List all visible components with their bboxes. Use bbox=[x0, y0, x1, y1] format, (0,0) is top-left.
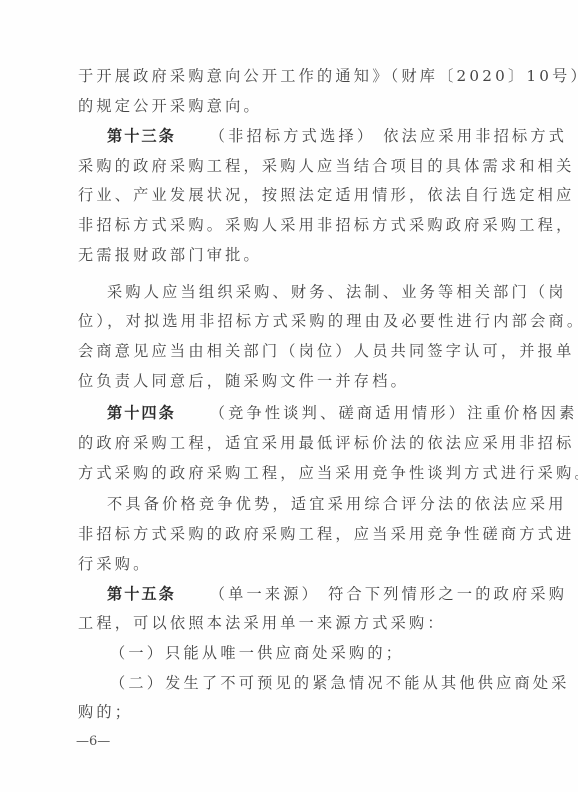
article-13-text: （非招标方式选择） 依法应采用非招标方式 bbox=[210, 127, 567, 145]
article-13-title: 第十三条 bbox=[107, 127, 176, 145]
paragraph-line: 位），对拟选用非招标方式采购的理由及必要性进行内部会商。 bbox=[78, 311, 518, 331]
list-item: （一）只能从唯一供应商处采购的； bbox=[110, 643, 550, 663]
page-number: —6— bbox=[76, 734, 110, 749]
paragraph-line: 方式采购的政府采购工程，应当采用竞争性谈判方式进行采购。 bbox=[78, 463, 518, 483]
paragraph-line: 于开展政府采购意向公开工作的通知》（财库〔2020〕10号） bbox=[78, 66, 518, 86]
document-page: 于开展政府采购意向公开工作的通知》（财库〔2020〕10号） 的规定公开采购意向… bbox=[0, 0, 578, 792]
paragraph-line: 非招标方式采购的政府采购工程，应当采用竞争性磋商方式进 bbox=[78, 524, 518, 544]
paragraph-line: 的规定公开采购意向。 bbox=[78, 96, 518, 116]
paragraph-line: 行采购。 bbox=[78, 554, 518, 574]
article-15-title: 第十五条 bbox=[107, 585, 176, 603]
article-13-heading-line: 第十三条（非招标方式选择） 依法应采用非招标方式 bbox=[107, 126, 547, 146]
paragraph-line: 工程，可以依照本法采用单一来源方式采购： bbox=[78, 613, 518, 633]
article-14-title: 第十四条 bbox=[107, 404, 176, 422]
paragraph-line: 位负责人同意后，随采购文件一并存档。 bbox=[78, 371, 518, 391]
article-15-heading-line: 第十五条（单一来源） 符合下列情形之一的政府采购 bbox=[107, 584, 547, 604]
paragraph-line: 的政府采购工程，适宜采用最低评标价法的依法应采用非招标 bbox=[78, 433, 518, 453]
article-15-text: （单一来源） 符合下列情形之一的政府采购 bbox=[210, 585, 567, 603]
paragraph-line: 会商意见应当由相关部门（岗位）人员共同签字认可，并报单 bbox=[78, 341, 518, 361]
paragraph-line: 不具备价格竞争优势，适宜采用综合评分法的依法应采用 bbox=[107, 494, 547, 514]
paragraph-line: 采购人应当组织采购、财务、法制、业务等相关部门（岗 bbox=[107, 282, 547, 302]
article-14-heading-line: 第十四条（竞争性谈判、磋商适用情形）注重价格因素 bbox=[107, 403, 547, 423]
paragraph-line: 非招标方式采购。采购人采用非招标方式采购政府采购工程， bbox=[78, 215, 518, 235]
paragraph-line: 购的； bbox=[78, 702, 518, 722]
paragraph-line: 采购的政府采购工程，采购人应当结合项目的具体需求和相关 bbox=[78, 156, 518, 176]
list-item: （二）发生了不可预见的紧急情况不能从其他供应商处采 bbox=[110, 673, 550, 693]
paragraph-line: 无需报财政部门审批。 bbox=[78, 245, 518, 265]
article-14-text: （竞争性谈判、磋商适用情形）注重价格因素 bbox=[210, 404, 578, 422]
paragraph-line: 行业、产业发展状况，按照法定适用情形，依法自行选定相应 bbox=[78, 185, 518, 205]
